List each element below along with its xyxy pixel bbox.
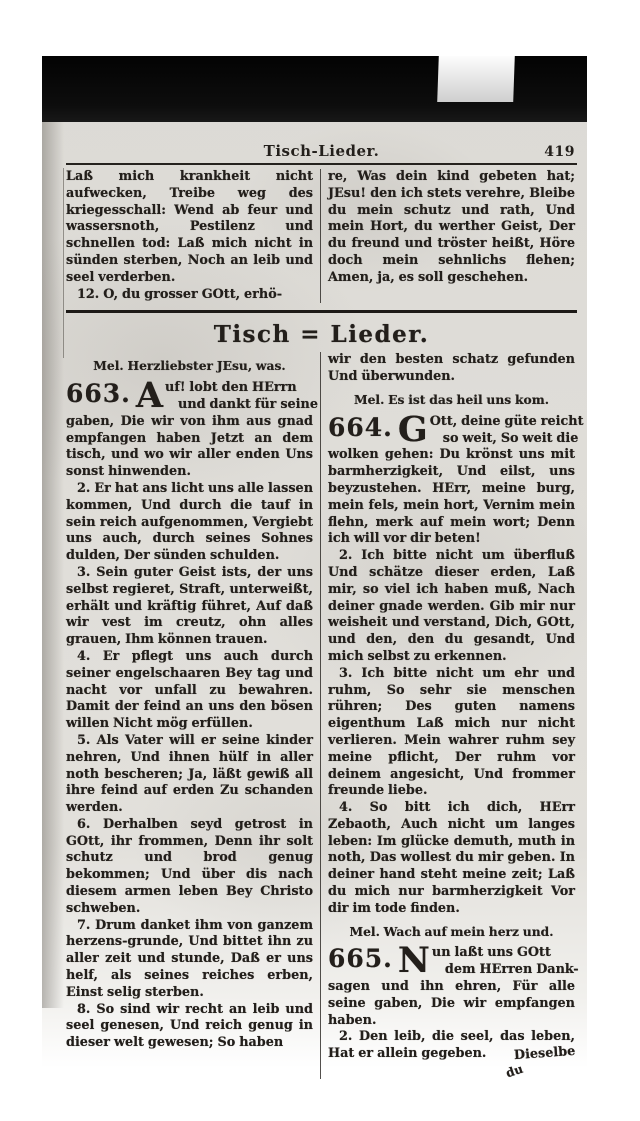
melody-line-664: Mel. Es ist das heil uns kom. [328,392,575,409]
hymn-663-verse-8: 8. So sind wir recht an leib und seel ge… [66,1002,313,1052]
section-rule [66,310,577,313]
hymn-663-open-lines: uf! lobt den HErrn und dankt für seine [165,379,318,414]
hymn-663-verse-7: 7. Drum danket ihm von ganzem herzens-gr… [66,918,313,1002]
hymn-665-open-line2: dem HErren Dank- [432,962,579,979]
hymn-664-open-line1: Ott, deine güte reicht [430,414,584,431]
hymn-663-verse-2: 2. Er hat ans licht uns alle lassen komm… [66,481,313,565]
hymn-663-verse-3: 3. Sein guter Geist ists, der uns selbst… [66,565,313,649]
scanner-edge-artifact-bar [42,56,587,122]
section-title: Tisch = Lieder. [66,321,577,348]
continuation-left-column: Laß mich krankheit nicht aufwecken, Trei… [66,169,320,303]
hymn-665-open-line1: un laßt uns GOtt [432,945,579,962]
hymn-number-663: 663. [66,379,131,409]
prev-hymn-verse-12: 12. O, du grosser GOtt, erhö- [66,287,313,304]
running-header-title: Tisch-Lieder. [264,142,380,160]
hymn-columns: Mel. Herzliebster JEsu, was. 663. A uf! … [66,352,577,1079]
page-number: 419 [544,144,575,160]
scanned-book-page: Tisch-Lieder. 419 Laß mich krankheit nic… [42,56,587,1068]
prev-hymn-right-text: re, Was dein kind gebeten hat; JEsu! den… [328,169,575,287]
hymn-665-opening: 665. N un laßt uns GOtt dem HErren Dank- [328,944,575,979]
hymn-number-665: 665. [328,944,393,974]
hymn-665-open-lines: un laßt uns GOtt dem HErren Dank- [432,944,579,979]
hymn-664-open-line2: so weit, So weit die [430,431,584,448]
hymn-665-initial: N [398,944,430,977]
hymn-663-initial: A [136,379,163,412]
continuation-right-column: re, Was dein kind gebeten hat; JEsu! den… [321,169,575,303]
hymns-left-column: Mel. Herzliebster JEsu, was. 663. A uf! … [66,352,320,1079]
hymn-663-verse-5: 5. Als Vater will er seine kinder nehren… [66,733,313,817]
hymn-664-verse-3: 3. Ich bitte nicht um ehr und ruhm, So s… [328,666,575,800]
hymn-664-open-lines: Ott, deine güte reicht so weit, So weit … [430,413,584,448]
melody-line-663: Mel. Herzliebster JEsu, was. [66,358,313,375]
hymn-663-verse8-continuation: wir den besten schatz gefunden Und überw… [328,352,575,386]
previous-hymn-continuation: Laß mich krankheit nicht aufwecken, Trei… [66,169,577,303]
hymn-665-verse1-body: sagen und ihn ehren, Für alle seine gabe… [328,979,575,1029]
hymn-663-open-line2: und dankt für seine [165,397,318,414]
hymn-664-verse1-body: wolken gehen: Du krönst uns mit barmherz… [328,447,575,548]
hymn-664-verse-2: 2. Ich bitte nicht um überfluß Und schät… [328,548,575,666]
hymn-664-opening: 664. G Ott, deine güte reicht so weit, S… [328,413,575,448]
hymns-right-column: wir den besten schatz gefunden Und überw… [321,352,575,1079]
page-content: Tisch-Lieder. 419 Laß mich krankheit nic… [42,142,587,1079]
hymn-663-verse1-body: gaben, Die wir von ihm aus gnad empfange… [66,414,313,481]
prev-hymn-left-text: Laß mich krankheit nicht aufwecken, Trei… [66,169,313,287]
scanner-artifact-tab [437,56,515,102]
signature-row: du [328,1063,575,1079]
header-rule [66,163,577,165]
running-header-row: Tisch-Lieder. 419 [66,142,577,161]
hymn-664-verse-4: 4. So bitt ich dich, HErr Zebaoth, Auch … [328,800,575,918]
hymn-number-664: 664. [328,413,393,443]
hymn-663-opening: 663. A uf! lobt den HErrn und dankt für … [66,379,313,414]
hymn-663-verse-4: 4. Er pflegt uns auch durch seiner engel… [66,649,313,733]
hymn-664-initial: G [398,413,428,446]
catchword: Dieselbe [513,1044,575,1065]
melody-line-665: Mel. Wach auf mein herz und. [328,924,575,941]
hymn-663-verse-6: 6. Derhalben seyd getrost in GOtt, ihr f… [66,817,313,918]
hymn-663-open-line1: uf! lobt den HErrn [165,380,318,397]
